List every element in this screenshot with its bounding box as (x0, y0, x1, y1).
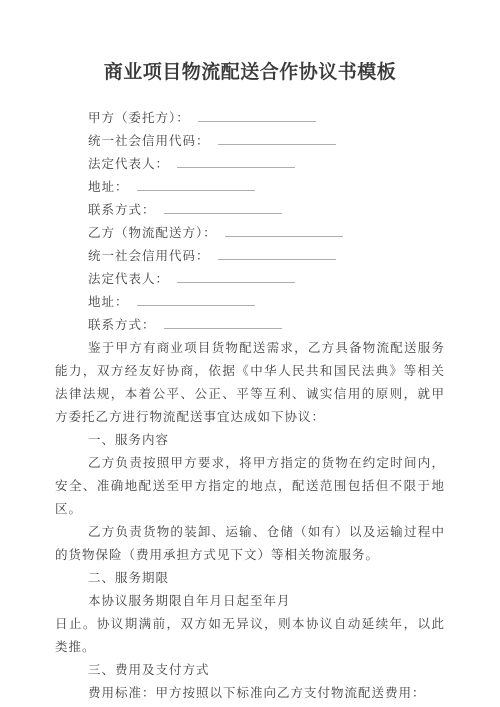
field-blank-line (218, 132, 336, 145)
form-field-row: 联系方式： (55, 199, 445, 222)
field-blank-line (164, 316, 282, 329)
field-label: 统一社会信用代码： (88, 134, 210, 148)
form-field-row: 地址： (55, 176, 445, 199)
field-blank-line (137, 178, 255, 191)
field-blank-line (218, 247, 336, 260)
section-heading-2: 二、服务期限 (55, 567, 445, 590)
field-blank-line (137, 293, 255, 306)
field-label: 法定代表人： (88, 157, 169, 171)
paragraph: 乙方负责按照甲方要求，将甲方指定的货物在约定时间内，安全、准确地配送至甲方指定的… (55, 452, 445, 521)
field-label: 统一社会信用代码： (88, 249, 210, 263)
document-page: 商业项目物流配送合作协议书模板 甲方（委托方）： 统一社会信用代码： 法定代表人… (0, 0, 500, 707)
section-heading-3: 三、费用及支付方式 (55, 659, 445, 682)
paragraph: 费用标准：甲方按照以下标准向乙方支付物流配送费用： (55, 682, 445, 705)
field-label: 乙方（物流配送方）： (88, 226, 217, 240)
field-label: 甲方（委托方）： (88, 111, 190, 125)
form-field-row: 统一社会信用代码： (55, 245, 445, 268)
party-a-fields: 甲方（委托方）： 统一社会信用代码： 法定代表人： 地址： 联系方式： (55, 107, 445, 222)
field-label: 联系方式： (88, 203, 156, 217)
field-label: 地址： (88, 295, 129, 309)
document-body: 甲方（委托方）： 统一社会信用代码： 法定代表人： 地址： 联系方式： 乙方（物… (55, 107, 445, 705)
field-blank-line (225, 224, 343, 237)
paragraph: 本协议服务期限自年月日起至年月 (55, 590, 445, 613)
field-label: 联系方式： (88, 318, 156, 332)
party-b-fields: 乙方（物流配送方）： 统一社会信用代码： 法定代表人： 地址： 联系方式： (55, 222, 445, 337)
form-field-row: 统一社会信用代码： (55, 130, 445, 153)
field-label: 法定代表人： (88, 272, 169, 286)
page-title: 商业项目物流配送合作协议书模板 (0, 59, 500, 87)
paragraph: 乙方负责货物的装卸、运输、仓储（如有）以及运输过程中的货物保险（费用承担方式见下… (55, 521, 445, 567)
preamble-paragraph: 鉴于甲方有商业项目货物配送需求，乙方具备物流配送服务能力，双方经友好协商，依据《… (55, 337, 445, 429)
field-blank-line (164, 201, 282, 214)
field-label: 地址： (88, 180, 129, 194)
field-blank-line (198, 109, 316, 122)
form-field-row: 甲方（委托方）： (55, 107, 445, 130)
field-blank-line (177, 270, 295, 283)
form-field-row: 联系方式： (55, 314, 445, 337)
form-field-row: 法定代表人： (55, 268, 445, 291)
paragraph-continuation: 日止。协议期满前，双方如无异议，则本协议自动延续年，以此类推。 (55, 613, 445, 659)
form-field-row: 乙方（物流配送方）： (55, 222, 445, 245)
section-heading-1: 一、服务内容 (55, 429, 445, 452)
form-field-row: 法定代表人： (55, 153, 445, 176)
form-field-row: 地址： (55, 291, 445, 314)
field-blank-line (177, 155, 295, 168)
